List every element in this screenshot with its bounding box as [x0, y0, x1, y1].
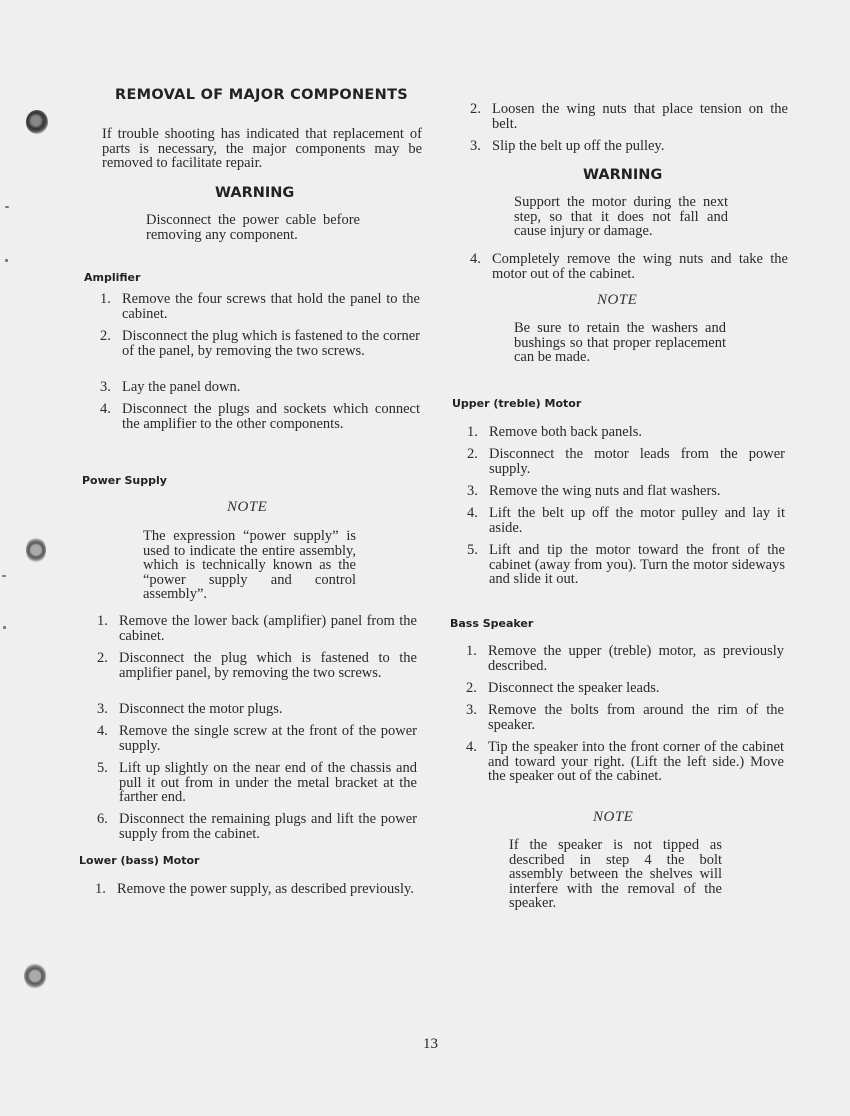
section-heading-lower-motor: Lower (bass) Motor	[79, 854, 199, 867]
step-text: Disconnect the motor leads from the powe…	[489, 447, 785, 476]
punch-hole-middle	[26, 537, 46, 563]
list-item: 3.Lay the panel down.	[100, 380, 420, 395]
step-text: Disconnect the plugs and sockets which c…	[122, 402, 420, 431]
section-heading-bass-speaker: Bass Speaker	[450, 617, 533, 630]
list-item: 3.Remove the wing nuts and flat washers.	[467, 484, 785, 499]
list-item: 1.Remove the lower back (amplifier) pane…	[97, 614, 417, 643]
intro-paragraph: If trouble shooting has indicated that r…	[102, 127, 422, 171]
list-item: 2.Disconnect the plug which is fastened …	[97, 651, 417, 680]
step-text: Remove the four screws that hold the pan…	[122, 292, 420, 321]
list-item: 6.Disconnect the remaining plugs and lif…	[97, 812, 417, 841]
step-text: Lift and tip the motor toward the front …	[489, 543, 785, 587]
list-item: 2.Disconnect the speaker leads.	[466, 681, 784, 696]
step-number: 2.	[470, 102, 492, 131]
step-text: Lift up slightly on the near end of the …	[119, 761, 417, 805]
step-text: Remove the lower back (amplifier) panel …	[119, 614, 417, 643]
note-text: Be sure to retain the washers and bushin…	[514, 321, 726, 365]
step-text: Remove the bolts from around the rim of …	[488, 703, 784, 732]
section-heading-upper-motor: Upper (treble) Motor	[452, 397, 581, 410]
step-text: Lay the panel down.	[122, 380, 420, 395]
step-number: 5.	[467, 543, 489, 587]
step-text: Remove both back panels.	[489, 425, 785, 440]
step-number: 2.	[97, 651, 119, 680]
step-number: 1.	[100, 292, 122, 321]
step-number: 2.	[466, 681, 488, 696]
step-text: Remove the wing nuts and flat washers.	[489, 484, 785, 499]
step-number: 4.	[97, 724, 119, 753]
warning-heading: WARNING	[583, 167, 662, 183]
punch-hole-top	[26, 110, 48, 134]
list-item: 2.Disconnect the motor leads from the po…	[467, 447, 785, 476]
step-text: Disconnect the plug which is fastened to…	[119, 651, 417, 680]
step-text: Disconnect the remaining plugs and lift …	[119, 812, 417, 841]
scan-speck	[5, 206, 9, 208]
list-item: 4.Tip the speaker into the front corner …	[466, 740, 784, 784]
section-heading-amplifier: Amplifier	[84, 271, 140, 284]
list-item: 2.Loosen the wing nuts that place tensio…	[470, 102, 788, 131]
step-number: 6.	[97, 812, 119, 841]
section-heading-power-supply: Power Supply	[82, 474, 167, 487]
step-number: 3.	[466, 703, 488, 732]
scan-speck	[2, 575, 6, 577]
step-number: 1.	[95, 882, 117, 897]
step-text: Completely remove the wing nuts and take…	[492, 252, 788, 281]
punch-hole-bottom	[24, 963, 46, 989]
note-text: The expression “power supply” is used to…	[143, 529, 356, 602]
note-heading: NOTE	[227, 499, 267, 516]
step-number: 3.	[97, 702, 119, 717]
list-item: 4.Remove the single screw at the front o…	[97, 724, 417, 753]
step-number: 2.	[467, 447, 489, 476]
step-text: Disconnect the plug which is fastened to…	[122, 329, 420, 358]
list-item: 4.Lift the belt up off the motor pulley …	[467, 506, 785, 535]
list-item: 3.Disconnect the motor plugs.	[97, 702, 417, 717]
list-item: 1.Remove the four screws that hold the p…	[100, 292, 420, 321]
scan-speck	[5, 259, 8, 262]
step-number: 4.	[466, 740, 488, 784]
note-heading: NOTE	[593, 809, 633, 826]
step-number: 4.	[100, 402, 122, 431]
step-number: 4.	[467, 506, 489, 535]
step-number: 3.	[100, 380, 122, 395]
page-number: 13	[423, 1036, 438, 1053]
page-title: REMOVAL OF MAJOR COMPONENTS	[115, 87, 408, 103]
list-item: 4.Disconnect the plugs and sockets which…	[100, 402, 420, 431]
step-text: Remove the power supply, as described pr…	[117, 882, 415, 897]
step-text: Tip the speaker into the front corner of…	[488, 740, 784, 784]
list-item: 2.Disconnect the plug which is fastened …	[100, 329, 420, 358]
list-item: 1.Remove the power supply, as described …	[95, 882, 415, 897]
step-text: Loosen the wing nuts that place tension …	[492, 102, 788, 131]
step-number: 3.	[467, 484, 489, 499]
list-item: 3.Remove the bolts from around the rim o…	[466, 703, 784, 732]
step-text: Disconnect the motor plugs.	[119, 702, 417, 717]
step-number: 2.	[100, 329, 122, 358]
warning-text: Support the motor during the next step, …	[514, 195, 728, 239]
step-text: Remove the upper (treble) motor, as prev…	[488, 644, 784, 673]
note-text: If the speaker is not tipped as describe…	[509, 838, 722, 911]
step-number: 1.	[467, 425, 489, 440]
manual-page: REMOVAL OF MAJOR COMPONENTS If trouble s…	[0, 0, 850, 1116]
step-number: 4.	[470, 252, 492, 281]
note-heading: NOTE	[597, 292, 637, 309]
step-text: Remove the single screw at the front of …	[119, 724, 417, 753]
list-item: 5.Lift and tip the motor toward the fron…	[467, 543, 785, 587]
scan-speck	[3, 626, 6, 629]
warning-heading: WARNING	[215, 185, 294, 201]
list-item: 5.Lift up slightly on the near end of th…	[97, 761, 417, 805]
warning-text: Disconnect the power cable before removi…	[146, 213, 360, 242]
step-number: 1.	[97, 614, 119, 643]
list-item: 4.Completely remove the wing nuts and ta…	[470, 252, 788, 281]
step-text: Lift the belt up off the motor pulley an…	[489, 506, 785, 535]
list-item: 1.Remove both back panels.	[467, 425, 785, 440]
step-text: Disconnect the speaker leads.	[488, 681, 784, 696]
step-number: 5.	[97, 761, 119, 805]
list-item: 3.Slip the belt up off the pulley.	[470, 139, 788, 154]
step-number: 1.	[466, 644, 488, 673]
step-number: 3.	[470, 139, 492, 154]
step-text: Slip the belt up off the pulley.	[492, 139, 788, 154]
list-item: 1.Remove the upper (treble) motor, as pr…	[466, 644, 784, 673]
